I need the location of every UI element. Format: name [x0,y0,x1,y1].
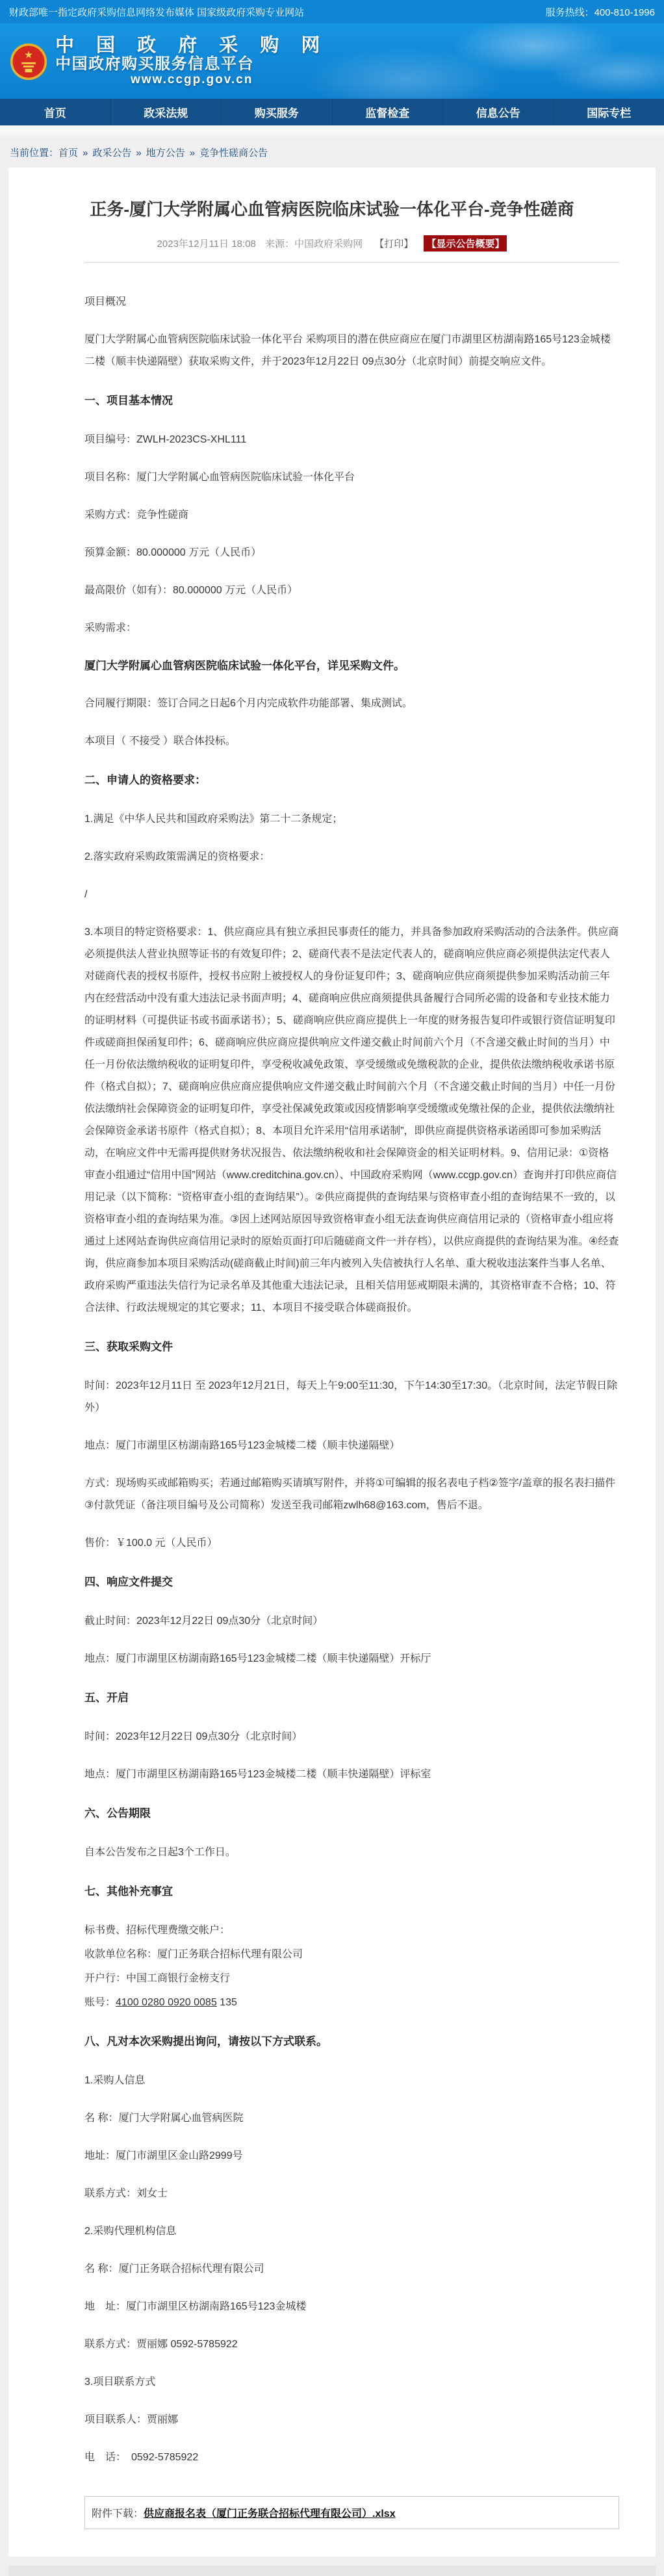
breadcrumb-link-competitive-consultation[interactable]: 竞争性磋商公告 [199,148,268,159]
paragraph: 联系方式：贾丽娜 0592-5785922 [84,2334,619,2356]
paragraph: 电 话： 0592-5785922 [84,2447,619,2469]
section-heading: 四、响应文件提交 [84,1571,619,1593]
footer-strip [8,2566,656,2576]
nav-item-supervision[interactable]: 监督检查 [332,99,443,125]
nav-item-home[interactable]: 首页 [0,99,110,125]
breadcrumb: 当前位置：首页»政采公告»地方公告»竞争性磋商公告 [0,140,664,168]
breadcrumb-separator: » [190,148,195,159]
article-body: 项目概况厦门大学附属心血管病医院临床试验一体化平台 采购项目的潜在供应商应在厦门… [8,263,656,2469]
publish-datetime: 2023年12月11日 18:08 [157,238,256,250]
underlined-text: 4100 0280 0920 0085 [116,1997,217,2008]
article-meta: 2023年12月11日 18:08 来源：中国政府采购网 【打印】 【显示公告概… [8,235,656,251]
print-button[interactable]: 【打印】 [374,238,413,250]
paragraph: 厦门大学附属心血管病医院临床试验一体化平台 采购项目的潜在供应商应在厦门市湖里区… [84,329,619,373]
section-heading: 八、凡对本次采购提出询问，请按以下方式联系。 [84,2031,619,2053]
paragraph: 地点：厦门市湖里区枋湖南路165号123金城楼二楼（顺丰快递隔壁）开标厅 [84,1648,619,1670]
section-heading: 三、获取采购文件 [84,1336,619,1358]
paragraph: 账号：4100 0280 0920 0085 135 [84,1992,619,2014]
paragraph: 2.落实政府采购政策需满足的资格要求： [84,846,619,868]
breadcrumb-link-procurement-announcements[interactable]: 政采公告 [92,148,131,159]
paragraph: 项目联系人：贾丽娜 [84,2409,619,2431]
paragraph: 名 称：厦门正务联合招标代理有限公司 [84,2258,619,2280]
site-slogan: 财政部唯一指定政府采购信息网络发布媒体 国家级政府采购专业网站 [9,5,304,19]
top-bar: 财政部唯一指定政府采购信息网络发布媒体 国家级政府采购专业网站 服务热线：400… [0,0,664,23]
paragraph: 采购方式：竞争性磋商 [84,504,619,526]
breadcrumb-separator: » [83,148,88,159]
attachment-link[interactable]: 供应商报名表（厦门正务联合招标代理有限公司）.xlsx [144,2508,396,2519]
site-subtitle: 中国政府购买服务信息平台 [55,55,328,73]
section-heading: 一、项目基本情况 [84,390,619,412]
text-run: 135 [217,1997,237,2008]
paragraph: 名 称：厦门大学附属心血管病医院 [84,2107,619,2130]
site-banner: ★ 中 国 政 府 采 购 网 中国政府购买服务信息平台 www.ccgp.go… [0,23,664,99]
nav-item-announcements[interactable]: 信息公告 [442,99,554,125]
section-heading: 五、开启 [84,1687,619,1709]
paragraph: 1.采购人信息 [84,2070,619,2092]
breadcrumb-separator: » [136,148,141,159]
service-hotline: 服务热线：400-810-1996 [546,5,655,19]
section-heading: 二、申请人的资格要求： [84,769,619,792]
paragraph: 地点：厦门市湖里区枋湖南路165号123金城楼二楼（顺丰快递隔壁） [84,1435,619,1457]
breadcrumb-items: 首页»政采公告»地方公告»竞争性磋商公告 [58,148,268,159]
paragraph: 时间：2023年12月11日 至 2023年12月21日，每天上午9:00至11… [84,1375,619,1419]
site-name: 中 国 政 府 采 购 网 [55,36,328,55]
nav-item-regulations[interactable]: 政采法规 [110,99,222,125]
page-title: 正务-厦门大学附属心血管病医院临床试验一体化平台-竞争性磋商 [47,198,617,221]
paragraph: 3.项目联系方式 [84,2371,619,2393]
national-emblem-icon: ★ [10,43,47,81]
paragraph: 自本公告发布之日起3个工作日。 [84,1842,619,1864]
paragraph: 地 址：厦门市湖里区枋湖南路165号123金城楼 [84,2296,619,2318]
paragraph: 项目概况 [84,291,619,313]
paragraph: 本项目（ 不接受 ）联合体投标。 [84,730,619,753]
paragraph: 收款单位名称：厦门正务联合招标代理有限公司 [84,1944,619,1966]
paragraph: 厦门大学附属心血管病医院临床试验一体化平台，详见采购文件。 [84,655,619,677]
attachment-box: 附件下载：供应商报名表（厦门正务联合招标代理有限公司）.xlsx [84,2496,619,2529]
paragraph: 时间：2023年12月22日 09点30分（北京时间） [84,1726,619,1748]
nav-item-international[interactable]: 国际专栏 [554,99,664,125]
paragraph: 开户行：中国工商银行金榜支行 [84,1968,619,1990]
paragraph: 售价：￥100.0 元（人民币） [84,1532,619,1554]
show-summary-badge[interactable]: 【显示公告概要】 [424,235,507,251]
paragraph: 方式：现场购买或邮箱购买；若通过邮箱购买请填写附件，并将①可编辑的报名表电子档②… [84,1473,619,1517]
paragraph: 预算金额：80.000000 万元（人民币） [84,542,619,564]
breadcrumb-link-home[interactable]: 首页 [58,148,78,159]
paragraph: 标书费、招标代理费缴交帐户： [84,1920,619,1942]
site-url: www.ccgp.gov.cn [55,73,328,87]
paragraph: 采购需求： [84,617,619,639]
paragraph: 合同履行期限：签订合同之日起6个月内完成软件功能部署、集成测试。 [84,693,619,715]
paragraph: 最高限价（如有）：80.000000 万元（人民币） [84,580,619,602]
breadcrumb-link-local-announcements[interactable]: 地方公告 [146,148,185,159]
paragraph: 1.满足《中华人民共和国政府采购法》第二十二条规定； [84,808,619,831]
main-nav: 首页政采法规购买服务监督检查信息公告国际专栏 [0,99,664,125]
paragraph: 项目名称：厦门大学附属心血管病医院临床试验一体化平台 [84,467,619,489]
svg-text:★: ★ [24,50,33,61]
paragraph: 地点：厦门市湖里区枋湖南路165号123金城楼二楼（顺丰快递隔壁）评标室 [84,1764,619,1786]
content-card: 正务-厦门大学附属心血管病医院临床试验一体化平台-竞争性磋商 2023年12月1… [8,168,656,2557]
article-source: 来源：中国政府采购网 [265,238,363,250]
breadcrumb-label: 当前位置： [10,148,58,159]
paragraph: 2.采购代理机构信息 [84,2221,619,2243]
paragraph: 3.本项目的特定资格要求：1、供应商应具有独立承担民事责任的能力，并具备参加政府… [84,921,619,1319]
section-heading: 六、公告期限 [84,1803,619,1825]
paragraph: 地址：厦门市湖里区金山路2999号 [84,2145,619,2167]
paragraph: / [84,884,619,906]
site-logo[interactable]: ★ 中 国 政 府 采 购 网 中国政府购买服务信息平台 www.ccgp.go… [10,36,328,87]
paragraph: 项目编号：ZWLH-2023CS-XHL111 [84,429,619,451]
nav-shadow [0,125,664,140]
text-run: 账号： [84,1997,116,2008]
paragraph: 截止时间：2023年12月22日 09点30分（北京时间） [84,1610,619,1632]
attachment-label: 附件下载： [92,2508,144,2519]
nav-item-purchase-services[interactable]: 购买服务 [221,99,332,125]
paragraph: 联系方式：刘女士 [84,2183,619,2205]
section-heading: 七、其他补充事宜 [84,1881,619,1903]
